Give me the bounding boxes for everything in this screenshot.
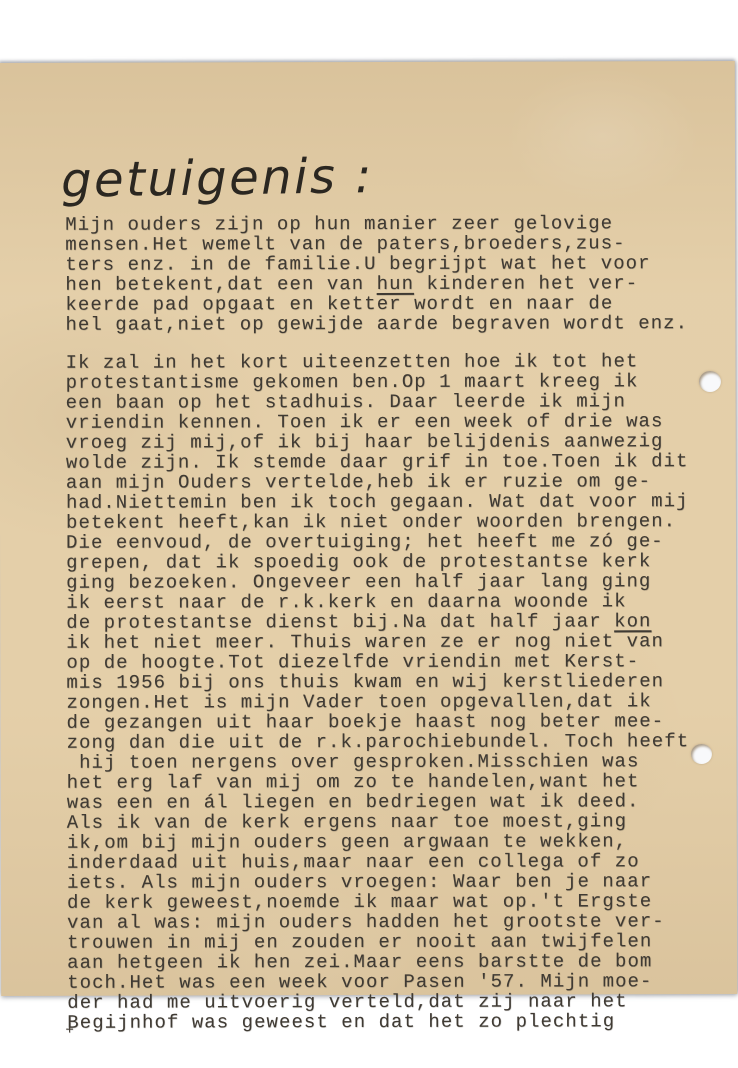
text-line: hel gaat,niet op gewijde aarde begraven … [65, 313, 688, 335]
typewritten-text: Mijn ouders zijn op hun manier zeer gelo… [65, 213, 690, 1033]
punch-hole-bottom [691, 744, 712, 764]
paragraph: Ik zal in het kort uiteenzetten hoe ik t… [66, 351, 690, 1033]
punch-hole-top [699, 371, 721, 392]
scanned-paper-page: getuigenis : Mijn ouders zijn op hun man… [0, 61, 737, 996]
underlined-word: kon [614, 610, 651, 632]
footer-mark: + [65, 1023, 73, 1039]
paragraph: Mijn ouders zijn op hun manier zeer gelo… [65, 213, 688, 335]
text-line: Begijnhof was geweest en dat het zo plec… [67, 1011, 690, 1033]
document-title: getuigenis : [61, 150, 375, 207]
underlined-word: hun [377, 273, 414, 295]
